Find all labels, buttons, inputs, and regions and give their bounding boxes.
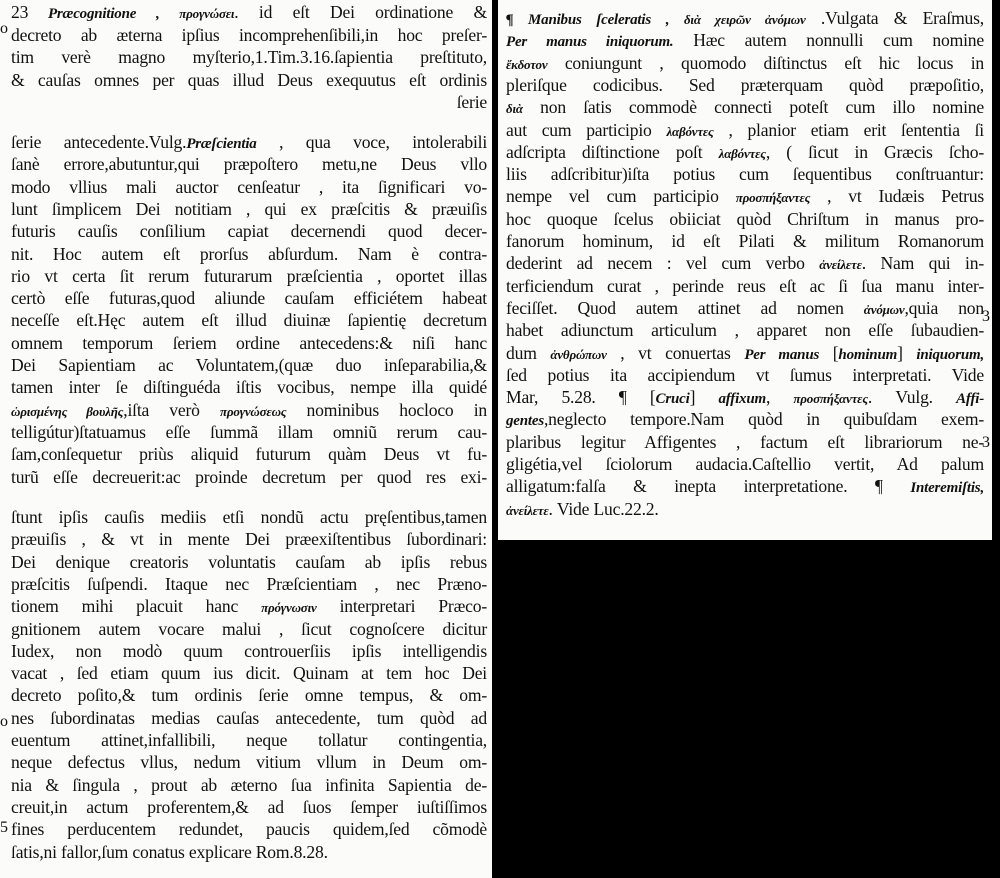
text-run: , planior etiam erit ſententia ſi: [714, 120, 984, 140]
text-run: ſerie antecedente.Vulg.: [11, 132, 186, 152]
text-line: futuris cauſis conſilium capiat decernen…: [11, 221, 487, 242]
text-line: Per manus iniquorum. Hæc autem nonnulli …: [506, 30, 984, 53]
text-run: gligétia,vel ſciolorum audacia.Caſtellio…: [506, 454, 984, 474]
text-line: nempe vel cum participio προσπήξαντες , …: [506, 186, 984, 208]
text-line: nit. Hoc autem eſt prorſus abſurdum. Nam…: [11, 244, 487, 265]
text-line: fines perducentem redundet, paucis quide…: [11, 819, 487, 840]
text-line: nia & ſingula , prout ab æterno ſua infi…: [11, 775, 487, 796]
text-run: adſcripta diſtinctione poſt: [506, 142, 719, 162]
text-line: ſerie antecedente.Vulg.Præſcientia , qua…: [11, 132, 487, 155]
text-run: , ( ſicut in Græcis ſcho-: [766, 142, 984, 162]
text-run: turũ eſſe decreuerit:ac proinde decretum…: [11, 467, 487, 487]
italic-term: Interemiſtis,: [910, 480, 984, 496]
text-line: ſed potius ita accipiendum vt ſumus inte…: [506, 365, 984, 386]
italic-term: Præcognitione ,: [28, 6, 179, 22]
text-line: Dei denique creatoris voluntatis cauſam …: [11, 552, 487, 573]
text-run: neceſſe eſt.Hęc autem eſt illud diuinæ ſ…: [11, 310, 487, 330]
text-run: neque defectus vllus, nedum vitium vllum…: [11, 752, 487, 772]
greek-term: ἀνόμων: [864, 302, 905, 317]
margin-mark: o: [0, 713, 8, 731]
italic-term: gentes: [506, 413, 544, 429]
text-run: alligatum:falſa & inepta interpretatione…: [506, 476, 910, 496]
text-line: nes ſubordinatas medias cauſas anteceden…: [11, 708, 487, 729]
text-run: habet adiunctum articulum , apparet non …: [506, 320, 984, 340]
text-line: aut cum participio λαβόντες , planior et…: [506, 120, 984, 142]
greek-term: πρόγνωσιν: [261, 600, 316, 615]
text-line: rio vt certa ſit rerum futurarum præſcie…: [11, 266, 487, 287]
text-run: . Vulg.: [868, 387, 956, 407]
text-run: dum: [506, 343, 550, 363]
text-line: ἀνείλετε. Vide Luc.22.2.: [506, 499, 984, 521]
text-line: ſanè errore,abutuntur,qui præpoſtero met…: [11, 154, 487, 175]
text-line: ſatis,ni fallor,ſum conatus explicare Ro…: [11, 842, 487, 863]
text-run: nes ſubordinatas medias cauſas anteceden…: [11, 708, 487, 728]
text-run: ſtunt ipſis cauſis mediis etſi nondũ act…: [11, 507, 487, 527]
greek-term: ἀνείλετε: [506, 503, 549, 518]
greek-term: προγνώσει: [179, 6, 234, 21]
greek-term: προσπήξαντες: [736, 190, 811, 205]
text-run: ,iſta verò: [123, 400, 220, 420]
text-line: tamen inter ſe diſtinguéda iſtis vocibus…: [11, 377, 487, 398]
greek-term: προσπήξαντες: [793, 391, 868, 406]
margin-mark: 3: [982, 308, 990, 326]
text-run: omnem temporum ſeriem ordine antecedens:…: [11, 333, 487, 353]
text-line: Mar, 5.28. ¶ [Cruci] affixum, προσπήξαντ…: [506, 387, 984, 410]
text-run: coniungunt , quomodo diſtinctus eſt hic …: [547, 53, 984, 73]
text-run: Iudex, non modò quum controuerſiis ipſis…: [11, 641, 487, 661]
text-run: euentum attinet,infallibili, neque tolla…: [11, 730, 487, 750]
greek-term: ἔκδοτον: [506, 57, 547, 72]
text-line: plaribus legitur Affigentes , factum eſt…: [506, 432, 984, 453]
text-run: dederint ad necem : vel cum verbo: [506, 253, 819, 273]
text-run: non ſatis commodè connecti poteſt cum il…: [523, 97, 984, 117]
text-run: fanorum hominum, id eſt Pilati & militum…: [506, 231, 984, 251]
text-run: . Vide Luc.22.2.: [549, 499, 659, 519]
text-run: præuiſis , & vt in mente Dei præexiſtent…: [11, 529, 487, 549]
text-line: Iudex, non modò quum controuerſiis ipſis…: [11, 641, 487, 662]
text-run: hoc quoque ſcelus obiiciat quòd Chriſtum…: [506, 209, 984, 229]
text-line: gentes,neglecto tempore.Nam quòd in quib…: [506, 409, 984, 432]
text-line: præuiſis , & vt in mente Dei præexiſtent…: [11, 529, 487, 550]
text-run: . id eſt Dei ordinatione &: [234, 2, 487, 22]
text-run: . Nam qui in-: [862, 253, 984, 273]
text-line: ἔκδοτον coniungunt , quomodo diſtinctus …: [506, 53, 984, 75]
italic-term: Cruci: [656, 391, 690, 407]
text-run: nominibus hocloco in: [286, 400, 487, 420]
text-line: feciſſet. Quod autem attinet ad nomen ἀν…: [506, 298, 984, 320]
text-run: tamen inter ſe diſtinguéda iſtis vocibus…: [11, 377, 487, 397]
text-line: hoc quoque ſcelus obiiciat quòd Chriſtum…: [506, 209, 984, 230]
text-run: ſam,conſequetur priùs aliquid futurum qu…: [11, 444, 487, 464]
text-run: ,: [766, 387, 793, 407]
text-run: tionem mihi placuit hanc: [11, 596, 261, 616]
text-line: decreto poſito,& tum ordinis ſerie omne …: [11, 685, 487, 706]
text-line: ὡρισμένης βουλῆς,iſta verò προγνώσεως no…: [11, 400, 487, 422]
text-run: nia & ſingula , prout ab æterno ſua infi…: [11, 775, 487, 795]
text-line: neque defectus vllus, nedum vitium vllum…: [11, 752, 487, 773]
text-line: modo vllius mali auctor cenſeatur , ita …: [11, 177, 487, 198]
left-page-column: 23 Præcognitione , προγνώσει. id eſt Dei…: [0, 0, 492, 878]
italic-term: iniquorum,: [916, 347, 984, 363]
text-run: rio vt certa ſit rerum futurarum præſcie…: [11, 266, 487, 286]
text-run: nempe vel cum participio: [506, 186, 736, 206]
text-line: omnem temporum ſeriem ordine antecedens:…: [11, 333, 487, 354]
right-page-column: ¶ Manibus ſceleratis , διὰ χειρῶν ἀνόμων…: [498, 0, 992, 540]
italic-term: ¶ Manibus ſceleratis ,: [506, 12, 684, 28]
text-run: telligútur)ſtatuamus eſſe ſummã illam om…: [11, 422, 487, 442]
text-run: Hæc autem nonnulli cum nomine: [674, 30, 985, 50]
text-run: ſatis,ni fallor,ſum conatus explicare Ro…: [11, 842, 328, 862]
text-run: liis adſcribitur)iſta potius cum ſequent…: [506, 164, 984, 184]
text-run: creuit,in actum proferentem,& ad ſuos ſe…: [11, 797, 487, 817]
text-line: ſam,conſequetur priùs aliquid futurum qu…: [11, 444, 487, 465]
text-line: liis adſcribitur)iſta potius cum ſequent…: [506, 164, 984, 185]
text-run: pleriſque codicibus. Sed præterquam quòd…: [506, 75, 984, 95]
text-run: ſerie: [457, 92, 487, 112]
text-line: ſerie: [11, 92, 487, 113]
text-line: gnitionem autem vocare malui , ſicut cog…: [11, 619, 487, 640]
text-line: Dei Sapientiam ac Voluntatem,(quæ duo in…: [11, 355, 487, 376]
italic-term: Per manus iniquorum.: [506, 34, 674, 50]
text-run: ſed potius ita accipiendum vt ſumus inte…: [506, 365, 984, 385]
text-line: neceſſe eſt.Hęc autem eſt illud diuinæ ſ…: [11, 310, 487, 331]
text-line: terficiendum curat , perinde reus eſt ac…: [506, 276, 984, 297]
text-line: turũ eſſe decreuerit:ac proinde decretum…: [11, 467, 487, 488]
text-run: ſanè errore,abutuntur,qui præpoſtero met…: [11, 154, 487, 174]
text-line: adſcripta diſtinctione poſt λαβόντες, ( …: [506, 142, 984, 164]
margin-mark: o: [0, 20, 8, 38]
text-run: , vt Iudæis Petrus: [810, 186, 984, 206]
text-run: ]: [897, 343, 916, 363]
text-line: habet adiunctum articulum , apparet non …: [506, 320, 984, 341]
text-line: ſtunt ipſis cauſis mediis etſi nondũ act…: [11, 507, 487, 528]
text-line: præſcitis ſuſpendi. Itaque nec Præſcient…: [11, 574, 487, 595]
text-line: gligétia,vel ſciolorum audacia.Caſtellio…: [506, 454, 984, 475]
text-run: Dei Sapientiam ac Voluntatem,(quæ duo in…: [11, 355, 487, 375]
greek-term: διὰ χειρῶν ἀνόμων: [684, 12, 806, 27]
text-line: διὰ non ſatis commodè connecti poteſt cu…: [506, 97, 984, 119]
text-run: lunt ſimplicem Dei notitiam , qui ex præ…: [11, 199, 487, 219]
text-line: tionem mihi placuit hanc πρόγνωσιν inter…: [11, 596, 487, 618]
italic-term: Per manus: [744, 347, 819, 363]
text-run: modo vllius mali auctor cenſeatur , ita …: [11, 177, 487, 197]
italic-term: affixum: [718, 391, 766, 407]
text-run: & cauſas omnes per quas illud Deus exequ…: [11, 70, 487, 90]
text-run: aut cum participio: [506, 120, 666, 140]
text-run: præſcitis ſuſpendi. Itaque nec Præſcient…: [11, 574, 487, 594]
text-line: lunt ſimplicem Dei notitiam , qui ex præ…: [11, 199, 487, 220]
margin-mark: 3: [982, 434, 990, 452]
italic-term: Præſcientia: [186, 136, 256, 152]
text-line: certò eſſe futuras,quod aliunde cauſam e…: [11, 288, 487, 309]
text-run: tim verè magno myſterio,1.Tim.3.16.ſapie…: [11, 47, 487, 67]
text-run: futuris cauſis conſilium capiat decernen…: [11, 221, 487, 241]
text-line: & cauſas omnes per quas illud Deus exequ…: [11, 70, 487, 91]
italic-term: hominum: [838, 347, 897, 363]
greek-term: ἀνθρώπων: [550, 347, 606, 362]
text-run: certò eſſe futuras,quod aliunde cauſam e…: [11, 288, 487, 308]
text-line: vacat , ſed etiam quum ius dicit. Quinam…: [11, 663, 487, 684]
greek-term: λαβόντες: [719, 146, 766, 161]
text-line: dederint ad necem : vel cum verbo ἀνείλε…: [506, 253, 984, 275]
greek-term: διὰ: [506, 101, 523, 116]
text-run: decreto poſito,& tum ordinis ſerie omne …: [11, 685, 487, 705]
text-line: ¶ Manibus ſceleratis , διὰ χειρῶν ἀνόμων…: [506, 8, 984, 31]
text-run: , vt conuertas: [607, 343, 745, 363]
text-line: telligútur)ſtatuamus eſſe ſummã illam om…: [11, 422, 487, 443]
text-line: dum ἀνθρώπων , vt conuertas Per manus [h…: [506, 343, 984, 366]
text-run: interpretari Præco-: [317, 596, 487, 616]
text-line: euentum attinet,infallibili, neque tolla…: [11, 730, 487, 751]
text-run: Mar, 5.28. ¶ [: [506, 387, 656, 407]
text-line: fanorum hominum, id eſt Pilati & militum…: [506, 231, 984, 252]
text-run: nit. Hoc autem eſt prorſus abſurdum. Nam…: [11, 244, 487, 264]
text-line: decreto ab æterna ipſius incomprehenſibi…: [11, 25, 487, 46]
text-run: gnitionem autem vocare malui , ſicut cog…: [11, 619, 487, 639]
text-line: pleriſque codicibus. Sed præterquam quòd…: [506, 75, 984, 96]
text-run: ]: [690, 387, 719, 407]
text-run: terficiendum curat , perinde reus eſt ac…: [506, 276, 984, 296]
italic-term: Affi-: [956, 391, 984, 407]
text-line: tim verè magno myſterio,1.Tim.3.16.ſapie…: [11, 47, 487, 68]
greek-term: ὡρισμένης βουλῆς: [11, 404, 123, 419]
text-run: plaribus legitur Affigentes , factum eſt…: [506, 432, 984, 452]
text-run: fines perducentem redundet, paucis quide…: [11, 819, 487, 839]
text-line: 23 Præcognitione , προγνώσει. id eſt Dei…: [11, 2, 487, 25]
greek-term: λαβόντες: [666, 124, 713, 139]
text-run: decreto ab æterna ipſius incomprehenſibi…: [11, 25, 487, 45]
text-run: ,neglecto tempore.Nam quòd in quibuſdam …: [544, 409, 984, 429]
margin-mark: 5: [0, 819, 8, 837]
text-run: 23: [11, 2, 28, 22]
greek-term: προγνώσεως: [220, 404, 286, 419]
text-run: vacat , ſed etiam quum ius dicit. Quinam…: [11, 663, 487, 683]
text-line: alligatum:falſa & inepta interpretatione…: [506, 476, 984, 499]
text-run: feciſſet. Quod autem attinet ad nomen: [506, 298, 864, 318]
text-run: ,quia non: [904, 298, 984, 318]
text-run: [: [819, 343, 838, 363]
text-run: Dei denique creatoris voluntatis cauſam …: [11, 552, 487, 572]
greek-term: ἀνείλετε: [819, 257, 862, 272]
text-run: .Vulgata & Eraſmus,: [806, 8, 984, 28]
text-line: creuit,in actum proferentem,& ad ſuos ſe…: [11, 797, 487, 818]
text-run: , qua voce, intolerabili: [257, 132, 487, 152]
